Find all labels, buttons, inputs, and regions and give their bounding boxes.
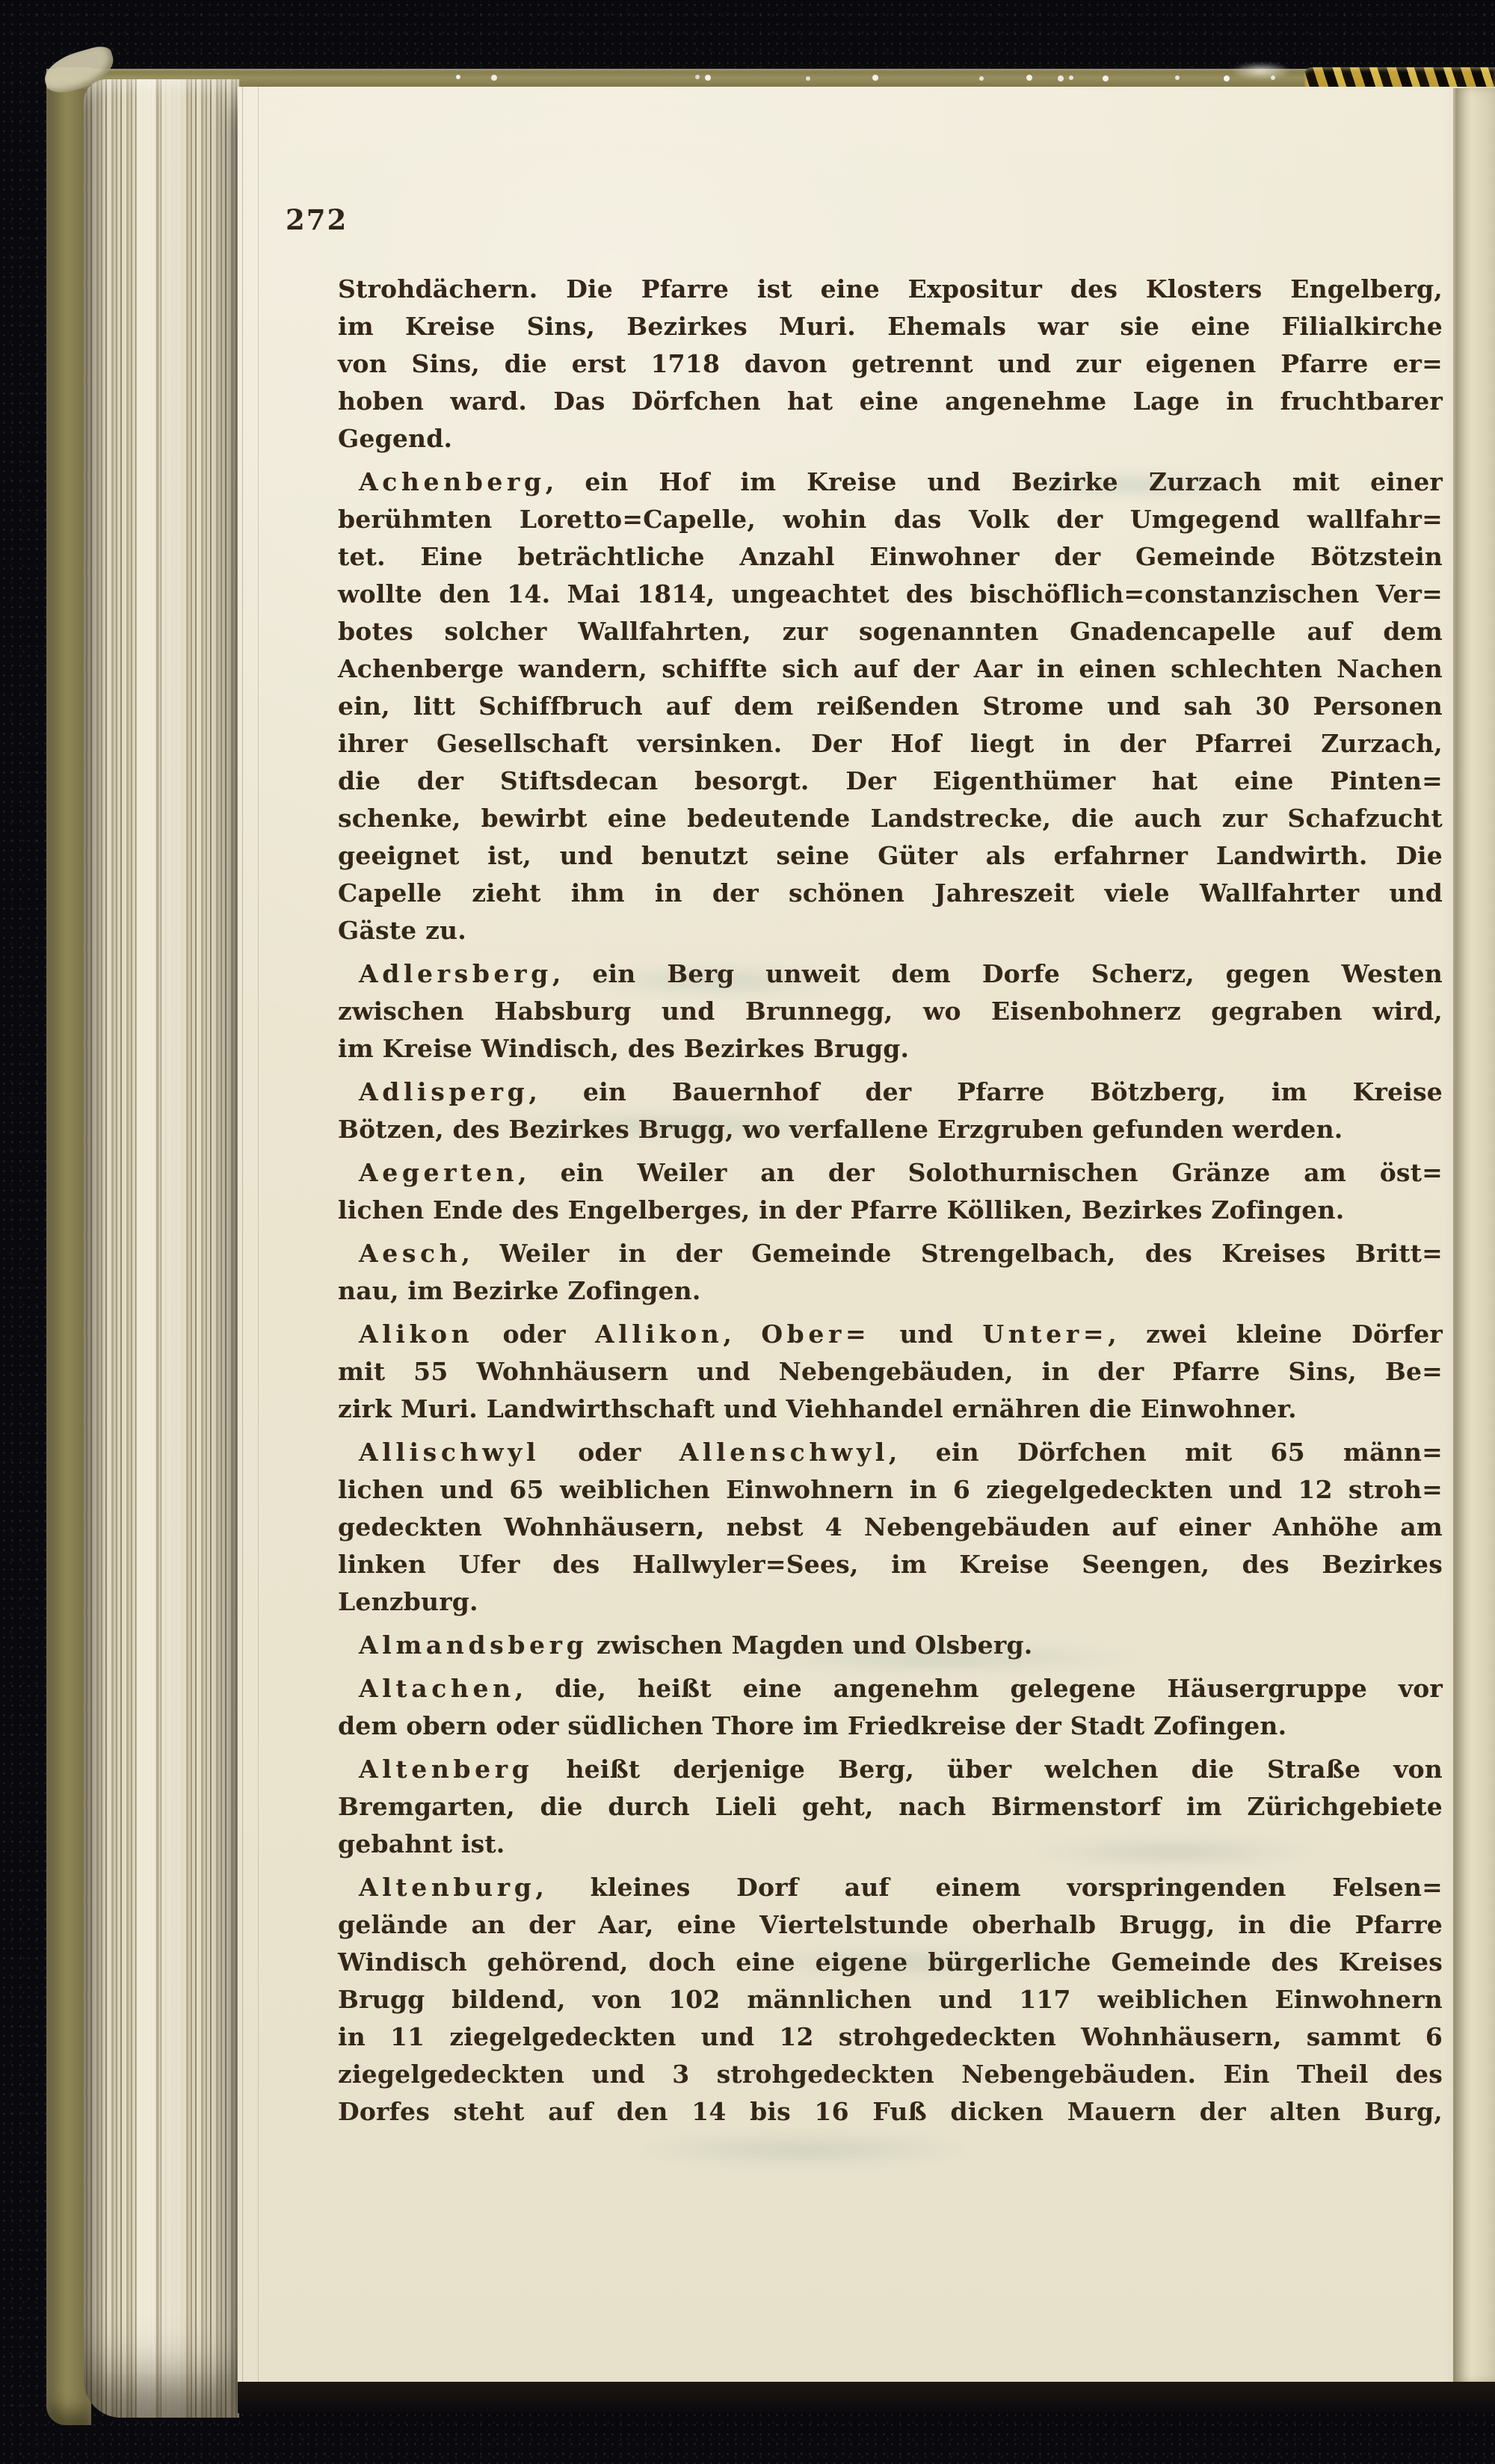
paragraph: Altenburg, kleines Dorf auf einem vorspr… xyxy=(338,1869,1443,2131)
gutter-crease xyxy=(1453,88,1455,2382)
text-line: botes solcher Wallfahrten, zur sogenannt… xyxy=(338,613,1443,650)
text-line: Altenburg, kleines Dorf auf einem vorspr… xyxy=(338,1869,1443,1906)
text-line: Lenzburg. xyxy=(338,1583,1443,1621)
text-line: gedeckten Wohnhäusern, nebst 4 Nebengebä… xyxy=(338,1509,1443,1546)
text-line: in 11 ziegelgedeckten und 12 strohgedeck… xyxy=(338,2018,1443,2056)
paragraph: Adlersberg, ein Berg unweit dem Dorfe Sc… xyxy=(338,955,1443,1068)
paragraph: Adlisperg, ein Bauernhof der Pfarre Bötz… xyxy=(338,1074,1443,1148)
paragraph: Strohdächern. Die Pfarre ist eine Exposi… xyxy=(338,271,1443,458)
paragraph: Altachen, die, heißt eine angenehm geleg… xyxy=(338,1670,1443,1745)
text-line: Windisch gehörend, doch eine eigene bürg… xyxy=(338,1944,1443,1981)
paragraph: Aesch, Weiler in der Gemeinde Strengelba… xyxy=(338,1235,1443,1310)
text-block: Strohdächern. Die Pfarre ist eine Exposi… xyxy=(338,271,1443,2131)
text-line: Brugg bildend, von 102 männlichen und 11… xyxy=(338,1981,1443,2018)
show-through xyxy=(561,2123,1046,2175)
paragraph: Alikon oder Allikon, Ober= und Unter=, z… xyxy=(338,1316,1443,1428)
text-line: zirk Muri. Landwirthschaft und Viehhande… xyxy=(338,1390,1443,1428)
text-line: Altachen, die, heißt eine angenehm geleg… xyxy=(338,1670,1443,1707)
text-line: Aegerten, ein Weiler an der Solothurnisc… xyxy=(338,1154,1443,1192)
text-line: die der Stiftsdecan besorgt. Der Eigenth… xyxy=(338,763,1443,800)
gilt-edge-glints xyxy=(456,75,460,79)
text-line: im Kreise Sins, Bezirkes Muri. Ehemals w… xyxy=(338,308,1443,345)
text-line: schenke, bewirbt eine bedeutende Landstr… xyxy=(338,800,1443,837)
paragraph: Achenberg, ein Hof im Kreise und Bezirke… xyxy=(338,463,1443,949)
text-line: ein, litt Schiffbruch auf dem reißenden … xyxy=(338,688,1443,725)
text-line: von Sins, die erst 1718 davon getrennt u… xyxy=(338,345,1443,383)
text-line: Altenberg heißt derjenige Berg, über wel… xyxy=(338,1751,1443,1788)
book-scan: 272 Strohdächern. Die Pfarre ist eine Ex… xyxy=(0,0,1495,2464)
text-line: ziegelgedeckten und 3 strohgedeckten Neb… xyxy=(338,2056,1443,2093)
text-line: Achenberge wandern, schiffte sich auf de… xyxy=(338,650,1443,688)
text-line: Alikon oder Allikon, Ober= und Unter=, z… xyxy=(338,1316,1443,1353)
text-line: nau, im Bezirke Zofingen. xyxy=(338,1272,1443,1310)
text-line: Adlersberg, ein Berg unweit dem Dorfe Sc… xyxy=(338,955,1443,993)
text-line: ihrer Gesellschaft versinken. Der Hof li… xyxy=(338,725,1443,763)
text-line: Gegend. xyxy=(338,420,1443,458)
text-line: gebahnt ist. xyxy=(338,1826,1443,1863)
paragraph: Aegerten, ein Weiler an der Solothurnisc… xyxy=(338,1154,1443,1229)
text-line: Aesch, Weiler in der Gemeinde Strengelba… xyxy=(338,1235,1443,1272)
text-line: Almandsberg zwischen Magden und Olsberg. xyxy=(338,1627,1443,1664)
text-line: Bremgarten, die durch Lieli geht, nach B… xyxy=(338,1788,1443,1826)
text-line: Adlisperg, ein Bauernhof der Pfarre Bötz… xyxy=(338,1074,1443,1111)
text-line: dem obern oder südlichen Thore im Friedk… xyxy=(338,1707,1443,1745)
text-line: gelände an der Aar, eine Viertelstunde o… xyxy=(338,1906,1443,1944)
text-line: tet. Eine beträchtliche Anzahl Einwohner… xyxy=(338,538,1443,576)
text-line: geeignet ist, und benutzt seine Güter al… xyxy=(338,837,1443,875)
paragraph: Almandsberg zwischen Magden und Olsberg. xyxy=(338,1627,1443,1664)
paragraph: Allischwyl oder Allenschwyl, ein Dörfche… xyxy=(338,1434,1443,1621)
text-line: Strohdächern. Die Pfarre ist eine Exposi… xyxy=(338,271,1443,308)
text-line: Capelle zieht ihm in der schönen Jahresz… xyxy=(338,875,1443,912)
page-bottom-shadow xyxy=(238,2382,1495,2413)
text-line: zwischen Habsburg und Brunnegg, wo Eisen… xyxy=(338,993,1443,1030)
text-line: berühmten Loretto=Capelle, wohin das Vol… xyxy=(338,501,1443,538)
adjacent-page-edge xyxy=(1455,88,1495,2382)
page-number: 272 xyxy=(286,203,348,236)
text-line: lichen Ende des Engelberges, in der Pfar… xyxy=(338,1192,1443,1229)
page-edges-stack xyxy=(84,79,239,2418)
text-line: Allischwyl oder Allenschwyl, ein Dörfche… xyxy=(338,1434,1443,1471)
text-line: Dorfes steht auf den 14 bis 16 Fuß dicke… xyxy=(338,2093,1443,2131)
text-line: Bötzen, des Bezirkes Brugg, wo verfallen… xyxy=(338,1111,1443,1148)
text-line: hoben ward. Das Dörfchen hat eine angene… xyxy=(338,383,1443,420)
text-line: wollte den 14. Mai 1814, ungeachtet des … xyxy=(338,576,1443,613)
paragraph: Altenberg heißt derjenige Berg, über wel… xyxy=(338,1751,1443,1863)
text-line: linken Ufer des Hallwyler=Sees, im Kreis… xyxy=(338,1546,1443,1583)
dust-fuzz xyxy=(1217,58,1305,84)
text-line: im Kreise Windisch, des Bezirkes Brugg. xyxy=(338,1030,1443,1068)
text-line: lichen und 65 weiblichen Einwohnern in 6… xyxy=(338,1471,1443,1509)
text-line: Achenberg, ein Hof im Kreise und Bezirke… xyxy=(338,463,1443,501)
text-line: mit 55 Wohnhäusern und Nebengebäuden, in… xyxy=(338,1353,1443,1390)
text-line: Gäste zu. xyxy=(338,912,1443,949)
